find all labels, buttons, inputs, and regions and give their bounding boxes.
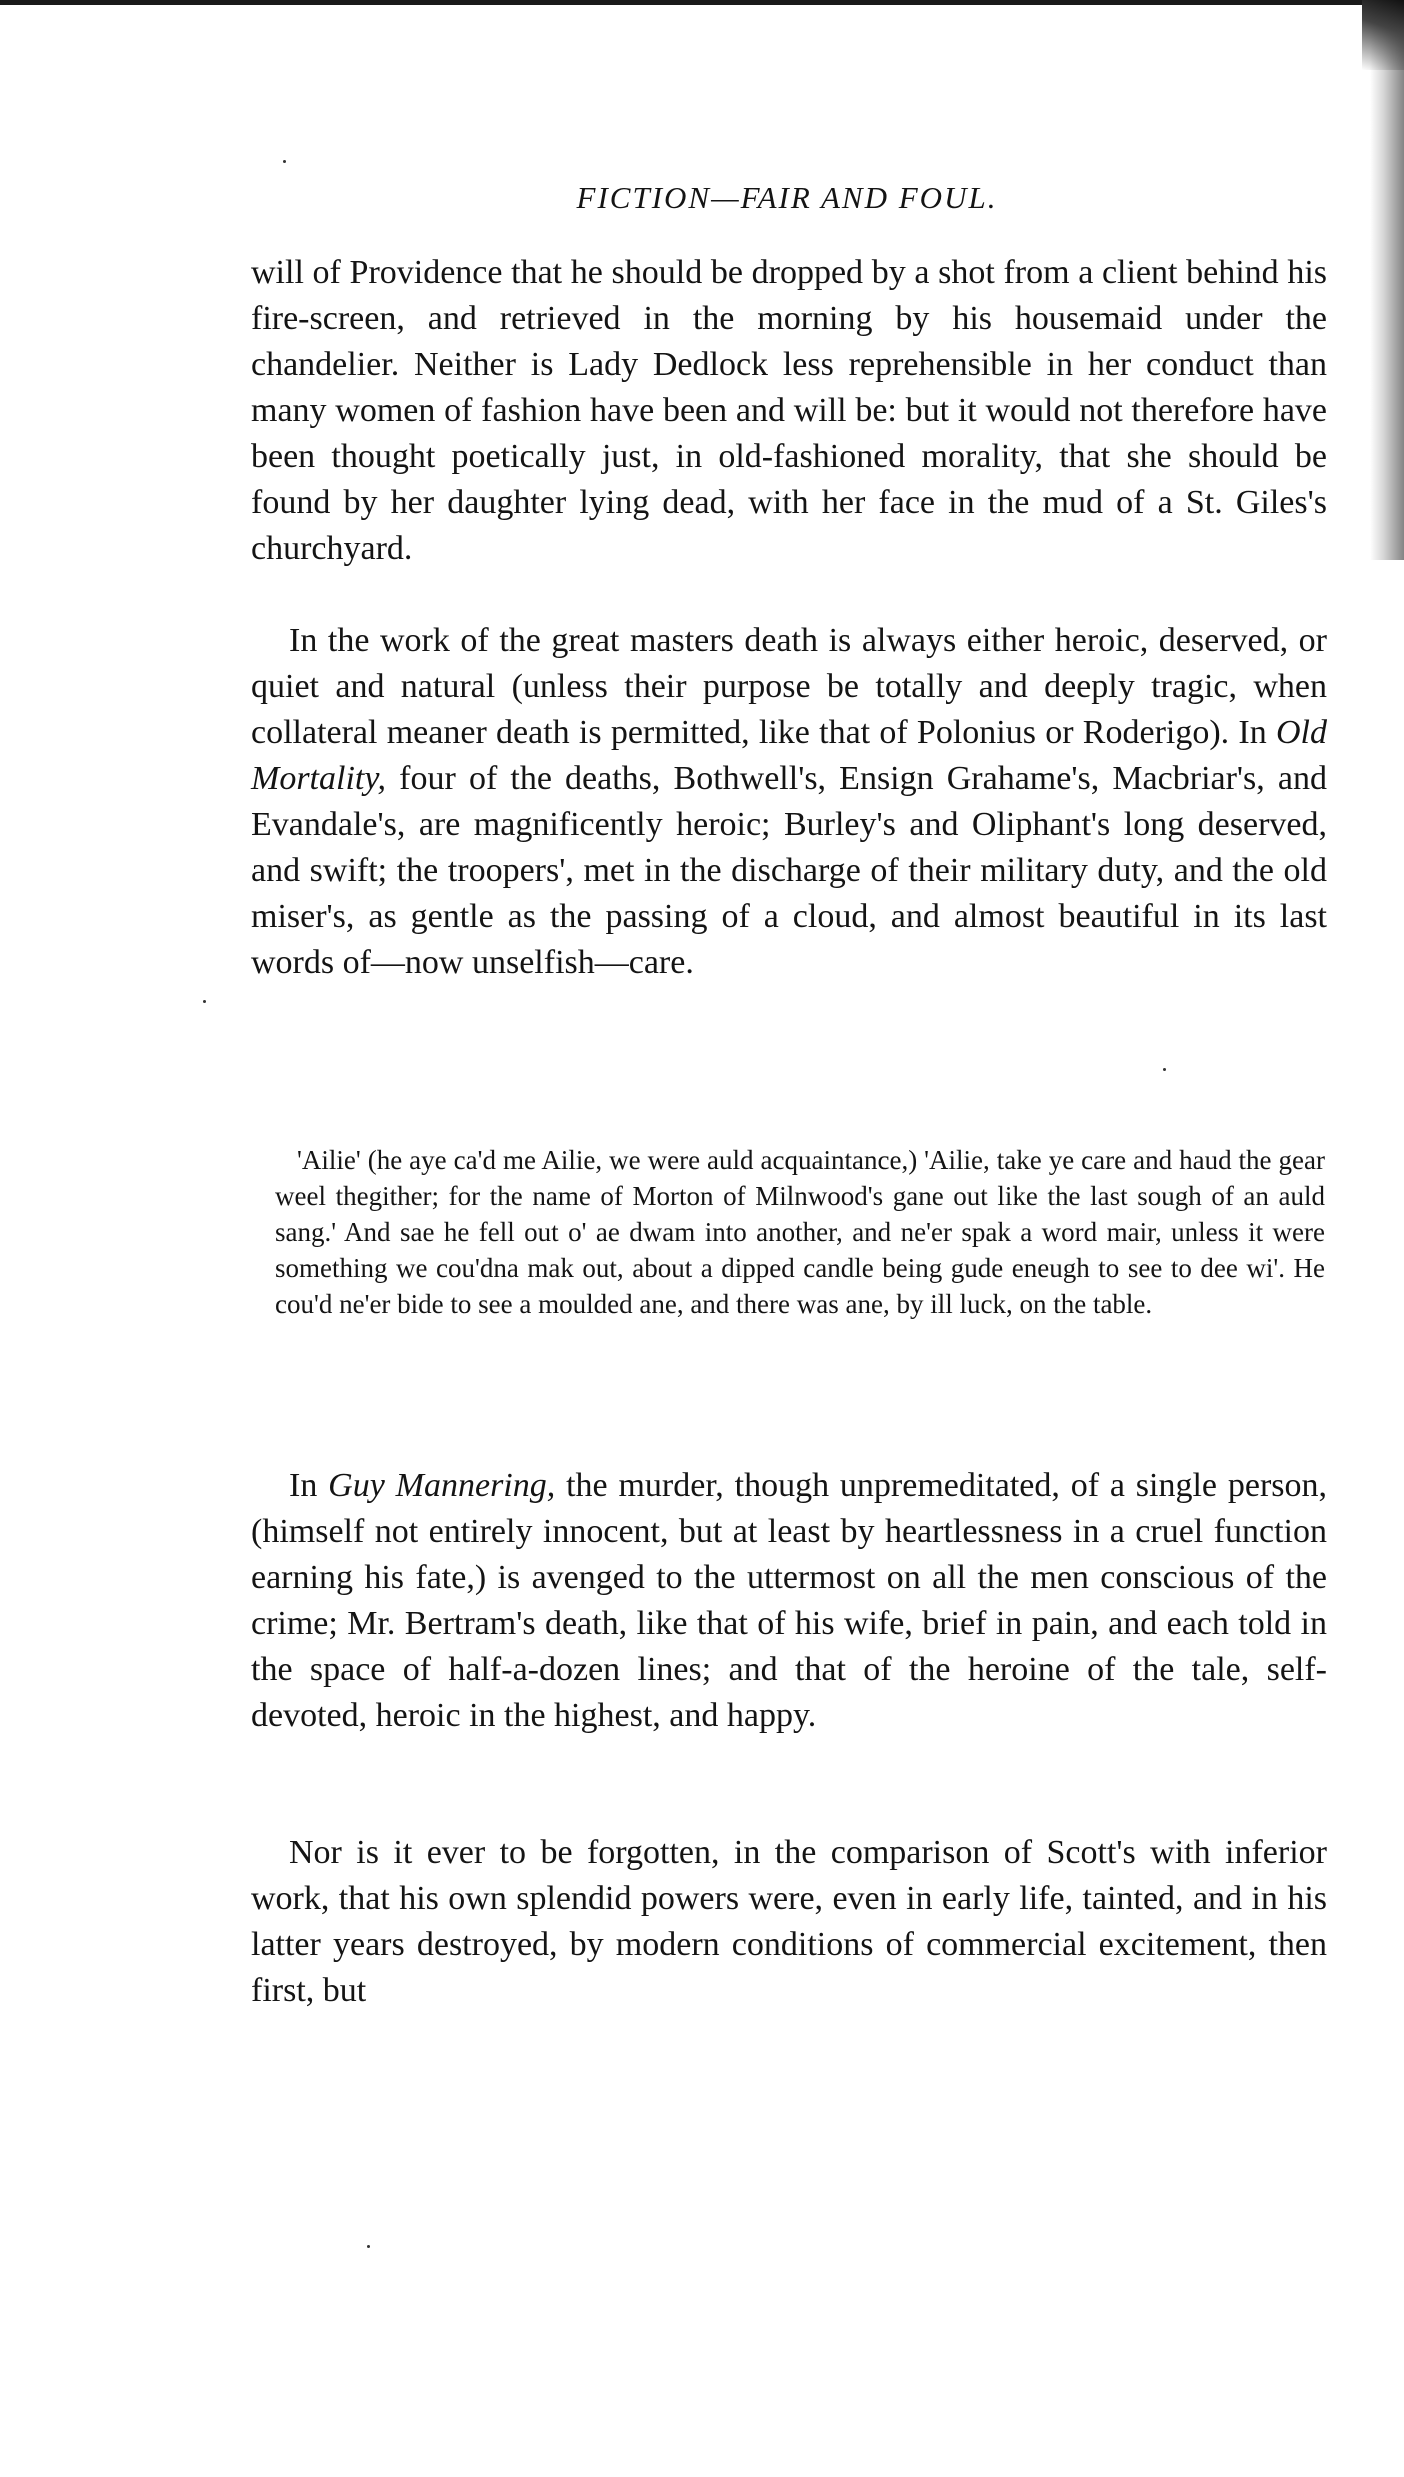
scan-page-corner (1362, 0, 1404, 70)
scan-speck (283, 160, 286, 163)
paragraph-2-text-before: In the work of the great masters death i… (251, 622, 1327, 751)
paragraph-3-text-after: the murder, though unpremeditated, of a … (251, 1467, 1327, 1734)
running-head: FICTION—FAIR AND FOUL. (0, 180, 1404, 216)
paragraph-4-text: Nor is it ever to be forgotten, in the c… (251, 1830, 1327, 2014)
paragraph-2: In the work of the great masters death i… (251, 618, 1327, 986)
paragraph-2-text-after: four of the deaths, Bothwell's, Ensign G… (251, 760, 1327, 981)
paragraph-1-text: will of Providence that he should be dro… (251, 250, 1327, 572)
paragraph-3-text-before: In (289, 1467, 328, 1504)
scan-speck (367, 2245, 370, 2248)
scan-binding-shadow (1370, 0, 1404, 560)
book-title-guy-mannering: Guy Mannering, (328, 1467, 555, 1504)
paragraph-4: Nor is it ever to be forgotten, in the c… (251, 1830, 1327, 2014)
scan-top-edge (0, 0, 1404, 5)
scan-speck (1163, 1068, 1166, 1071)
block-quote: 'Ailie' (he aye ca'd me Ailie, we were a… (275, 1142, 1325, 1322)
paragraph-1: will of Providence that he should be dro… (251, 250, 1327, 572)
paragraph-3: In Guy Mannering, the murder, though unp… (251, 1463, 1327, 1739)
scan-speck (203, 1000, 206, 1003)
